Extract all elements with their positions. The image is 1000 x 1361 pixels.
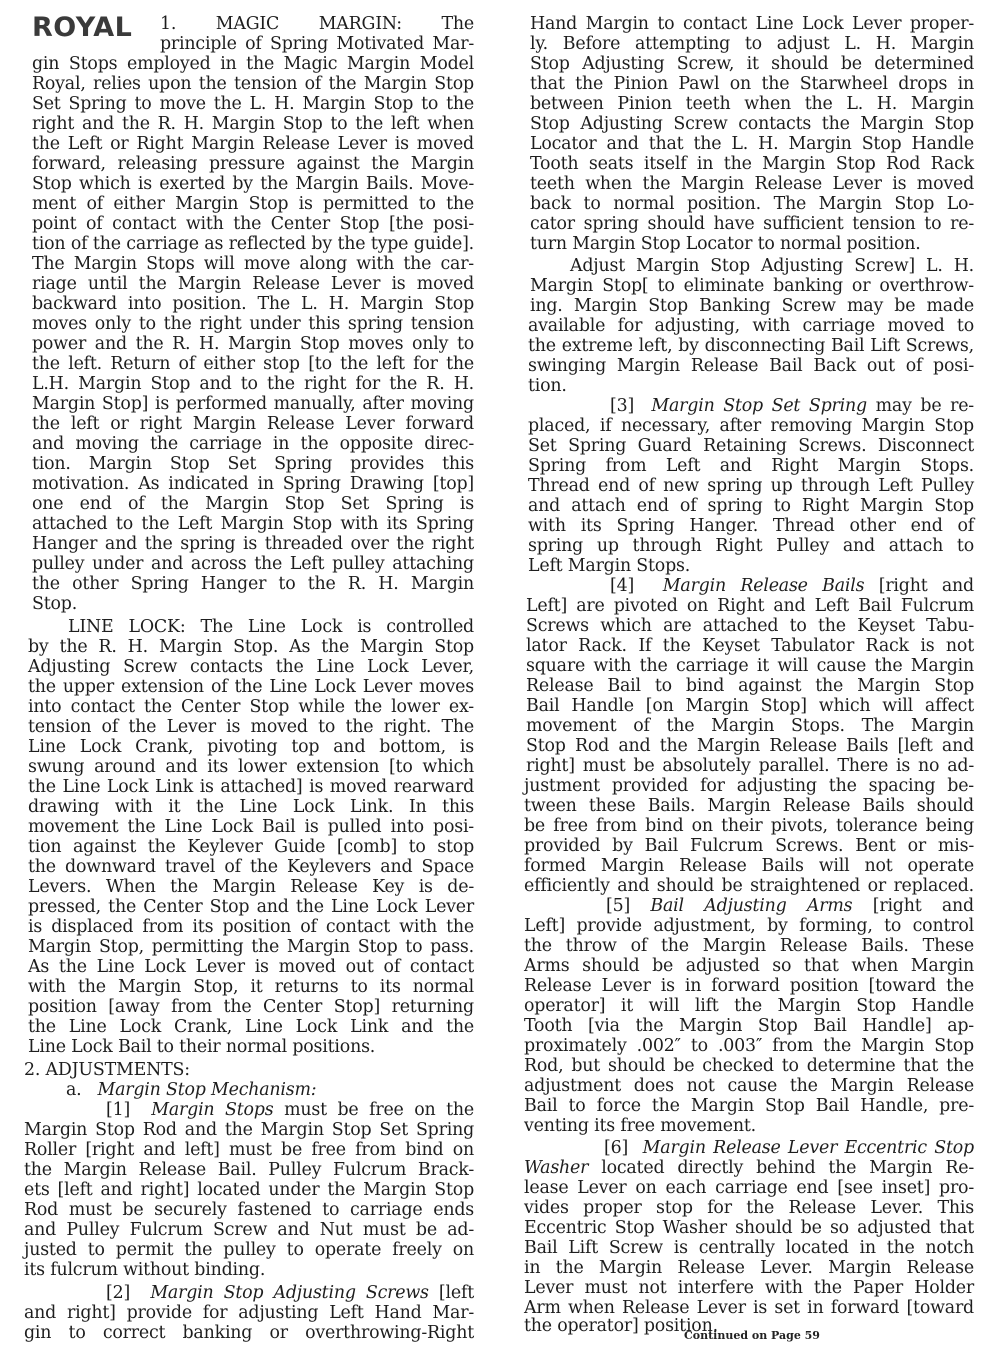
text-line: forward, releasing pressure against the … [32,154,474,174]
text-line: formed Margin Release Bails will not ope… [524,856,974,876]
text-line: gin Stops employed in the Magic Margin M… [32,54,474,74]
text-line: Adjusting Screw contacts the Line Lock L… [28,657,474,677]
text-line: tween these Bails. Margin Release Bails … [524,796,974,816]
text-line: and moving the carriage in the opposite … [32,434,474,454]
text-line: 2. ADJUSTMENTS: [24,1060,470,1080]
text-line: Locator and that the L. H. Margin Stop H… [530,134,974,154]
text-line: Stop Adjusting Screw contacts the Margin… [530,114,974,134]
text-line: Margin Stop[ to eliminate banking or ove… [530,276,974,296]
text-line: position [away from the Center Stop] ret… [28,997,474,1017]
text-line: Left Margin Stops. [528,556,974,576]
text-line: motivation. As indicated in Spring Drawi… [32,474,474,494]
text-line: Left] provide adjustment, by forming, to… [524,916,974,936]
text-line: tion of the carriage as reflected by the… [32,234,474,254]
text-line: adjustment does not cause the Margin Rel… [524,1076,974,1096]
text-line: the upper extension of the Line Lock Lev… [28,677,474,697]
text-line: [4] Margin Release Bails [right and [610,576,974,596]
text-line: Margin Stop Rod and the Margin Stop Set … [24,1120,474,1140]
text-line: swung around and its lower extension [to… [28,757,474,777]
text-line: Bail to force the Margin Stop Bail Handl… [524,1096,974,1116]
text-line: attached to the Left Margin Stop with it… [32,514,474,534]
text-line: Set Spring Guard Retaining Screws. Disco… [528,436,974,456]
text-line: Bail Handle [on Margin Stop] which will … [526,696,974,716]
text-line: [5] Bail Adjusting Arms [right and [606,896,974,916]
text-line: movement the Line Lock Bail is pulled in… [28,817,474,837]
text-line: a. Margin Stop Mechanism: [66,1080,474,1100]
text-line: L.H. Margin Stop and to the right for th… [32,374,474,394]
text-line: Line Lock Bail to their normal positions… [28,1037,474,1057]
text-line: by the R. H. Margin Stop. As the Margin … [28,637,474,657]
text-line: Bail Lift Screw is centrally located in … [524,1238,974,1258]
text-line: ment of either Margin Stop is permitted … [32,194,474,214]
text-line: into contact the Center Stop while the l… [28,697,474,717]
text-line: justed to permit the pulley to operate f… [24,1240,474,1260]
text-line: Washer located directly behind the Margi… [524,1158,974,1178]
text-line: Release Bail to bind against the Margin … [526,676,974,696]
text-line: the Left or Right Margin Release Lever i… [32,134,474,154]
text-line: Thread end of new spring up through Left… [528,476,974,496]
text-line: riage until the Margin Release Lever is … [32,274,474,294]
text-line: point of contact with the Center Stop [t… [32,214,474,234]
text-line: efficiently and should be straightened o… [524,876,974,896]
text-line: [2] Margin Stop Adjusting Screws [left [106,1283,474,1303]
text-line: Arm when Release Lever is set in forward… [524,1298,974,1318]
text-line: Set Spring to move the L. H. Margin Stop… [32,94,474,114]
text-line: Tooth seats itself in the Margin Stop Ro… [530,154,974,174]
text-line: and Pulley Fulcrum Screw and Nut must be… [24,1220,474,1240]
text-line: Tooth [via the Margin Stop Bail Handle] … [524,1016,974,1036]
text-line: Hand Margin to contact Line Lock Lever p… [530,14,974,34]
text-line: the other Spring Hanger to the R. H. Mar… [32,574,474,594]
text-line: the left or right Margin Release Lever f… [32,414,474,434]
text-line: Screws which are attached to the Keyset … [526,616,974,636]
text-line: Rod, but should be checked to determine … [524,1056,974,1076]
text-line: swinging Margin Release Bail Back out of… [528,356,974,376]
text-line: Release Lever is in forward position [to… [524,976,974,996]
text-line: the extreme left, by disconnecting Bail … [528,336,974,356]
text-line: [6] Margin Release Lever Eccentric Stop [604,1138,974,1158]
text-line: the throw of the Margin Release Bails. T… [524,936,974,956]
text-line: drawing with it the Line Lock Link. In t… [28,797,474,817]
text-line: operator] it will lift the Margin Stop H… [524,996,974,1016]
text-line: turn Margin Stop Locator to normal posit… [530,234,974,254]
text-line: movement of the Margin Stops. The Margin [526,716,974,736]
continued-note: Continued on Page 59 [684,1329,820,1342]
text-line: justment provided for adjusting the spac… [524,776,974,796]
text-line: Stop. [32,594,474,614]
text-line: Stop which is exerted by the Margin Bail… [32,174,474,194]
text-line: provided by Bail Fulcrum Screws. Bent or… [524,836,974,856]
text-line: that the Pinion Pawl on the Starwheel dr… [530,74,974,94]
text-line: the Line Lock Link is attached] is moved… [28,777,474,797]
text-line: [3] Margin Stop Set Spring may be re- [610,396,974,416]
text-line: between Pinion teeth when the L. H. Marg… [530,94,974,114]
text-line: Roller [right and left] must be free fro… [24,1140,474,1160]
text-line: Adjust Margin Stop Adjusting Screw] L. H… [570,256,974,276]
text-line: lease Lever on each carriage end [see in… [524,1178,974,1198]
text-line: ets [left and right] located under the M… [24,1180,474,1200]
text-line: tion against the Keylever Guide [comb] t… [28,837,474,857]
text-line: Stop Adjusting Screw, it should be deter… [530,54,974,74]
text-line: gin to correct banking or overthrowing-R… [24,1323,474,1343]
manual-page: ROYAL 1. MAGIC MARGIN: Theprinciple of S… [0,0,1000,1361]
text-line: proximately .002″ to .003″ from the Marg… [524,1036,974,1056]
text-line: square with the carriage it will cause t… [526,656,974,676]
text-line: with the Margin Stop, it returns to its … [28,977,474,997]
text-line: Line Lock Crank, pivoting top and bottom… [28,737,474,757]
text-line: tion. Margin Stop Set Spring provides th… [32,454,474,474]
text-line: Arms should be adjusted so that when Mar… [524,956,974,976]
text-line: LINE LOCK: The Line Lock is controlled [68,617,474,637]
text-line: Hanger and the spring is threaded over t… [32,534,474,554]
text-line: 1. MAGIC MARGIN: The [160,14,474,34]
text-line: Left] are pivoted on Right and Left Bail… [526,596,974,616]
brand-heading: ROYAL [32,14,132,42]
text-line: Margin Stop] is performed manually, afte… [32,394,474,414]
text-line: the downward travel of the Keylevers and… [28,857,474,877]
text-line: pressed, the Center Stop and the Line Lo… [28,897,474,917]
text-line: its fulcrum without binding. [24,1260,474,1280]
text-line: venting its free movement. [524,1116,974,1136]
text-line: right] must be absolutely parallel. Ther… [526,756,974,776]
text-line: Levers. When the Margin Release Key is d… [28,877,474,897]
text-line: the Line Lock Crank, Line Lock Link and … [28,1017,474,1037]
text-line: Spring from Left and Right Margin Stops. [528,456,974,476]
text-line: placed, if necessary, after removing Mar… [528,416,974,436]
text-line: tion. [528,376,974,396]
text-line: Lever must not interfere with the Paper … [524,1278,974,1298]
text-line: power and the R. H. Margin Stop moves on… [32,334,474,354]
text-line: [1] Margin Stops must be free on the [106,1100,474,1120]
text-line: available for adjusting, with carriage m… [528,316,974,336]
text-line: is displaced from its position of contac… [28,917,474,937]
text-line: spring up through Right Pulley and attac… [528,536,974,556]
text-line: Margin Stop, permitting the Margin Stop … [28,937,474,957]
text-line: and attach end of spring to Right Margin… [528,496,974,516]
text-line: with its Spring Hanger. Thread other end… [528,516,974,536]
text-line: teeth when the Margin Release Lever is m… [530,174,974,194]
text-line: ing. Margin Stop Banking Screw may be ma… [530,296,974,316]
text-line: As the Line Lock Lever is moved out of c… [28,957,474,977]
text-line: right and the R. H. Margin Stop to the l… [32,114,474,134]
text-line: tension of the Lever is moved to the rig… [28,717,474,737]
text-line: pulley under and across the Left pulley … [32,554,474,574]
text-line: principle of Spring Motivated Mar- [160,34,474,54]
text-line: in the Margin Release Lever. Margin Rele… [524,1258,974,1278]
text-line: the left. Return of either stop [to the … [32,354,474,374]
text-line: ly. Before attempting to adjust L. H. Ma… [530,34,974,54]
text-line: Eccentric Stop Washer should be so adjus… [524,1218,974,1238]
text-line: be free from bind on their pivots, toler… [524,816,974,836]
text-line: Rod must be securely fastened to carriag… [24,1200,474,1220]
text-line: Royal, relies upon the tension of the Ma… [32,74,474,94]
text-line: back to normal position. The Margin Stop… [530,194,974,214]
text-line: moves only to the right under this sprin… [32,314,474,334]
text-line: vides proper stop for the Release Lever.… [524,1198,974,1218]
text-line: and right] provide for adjusting Left Ha… [24,1303,474,1323]
text-line: one end of the Margin Stop Set Spring is [32,494,474,514]
text-line: The Margin Stops will move along with th… [32,254,474,274]
text-line: the Margin Release Bail. Pulley Fulcrum … [24,1160,474,1180]
text-line: lator Rack. If the Keyset Tabulator Rack… [526,636,974,656]
text-line: backward into position. The L. H. Margin… [32,294,474,314]
text-line: Stop Rod and the Margin Release Bails [l… [526,736,974,756]
text-line: cator spring should have sufficient tens… [530,214,974,234]
